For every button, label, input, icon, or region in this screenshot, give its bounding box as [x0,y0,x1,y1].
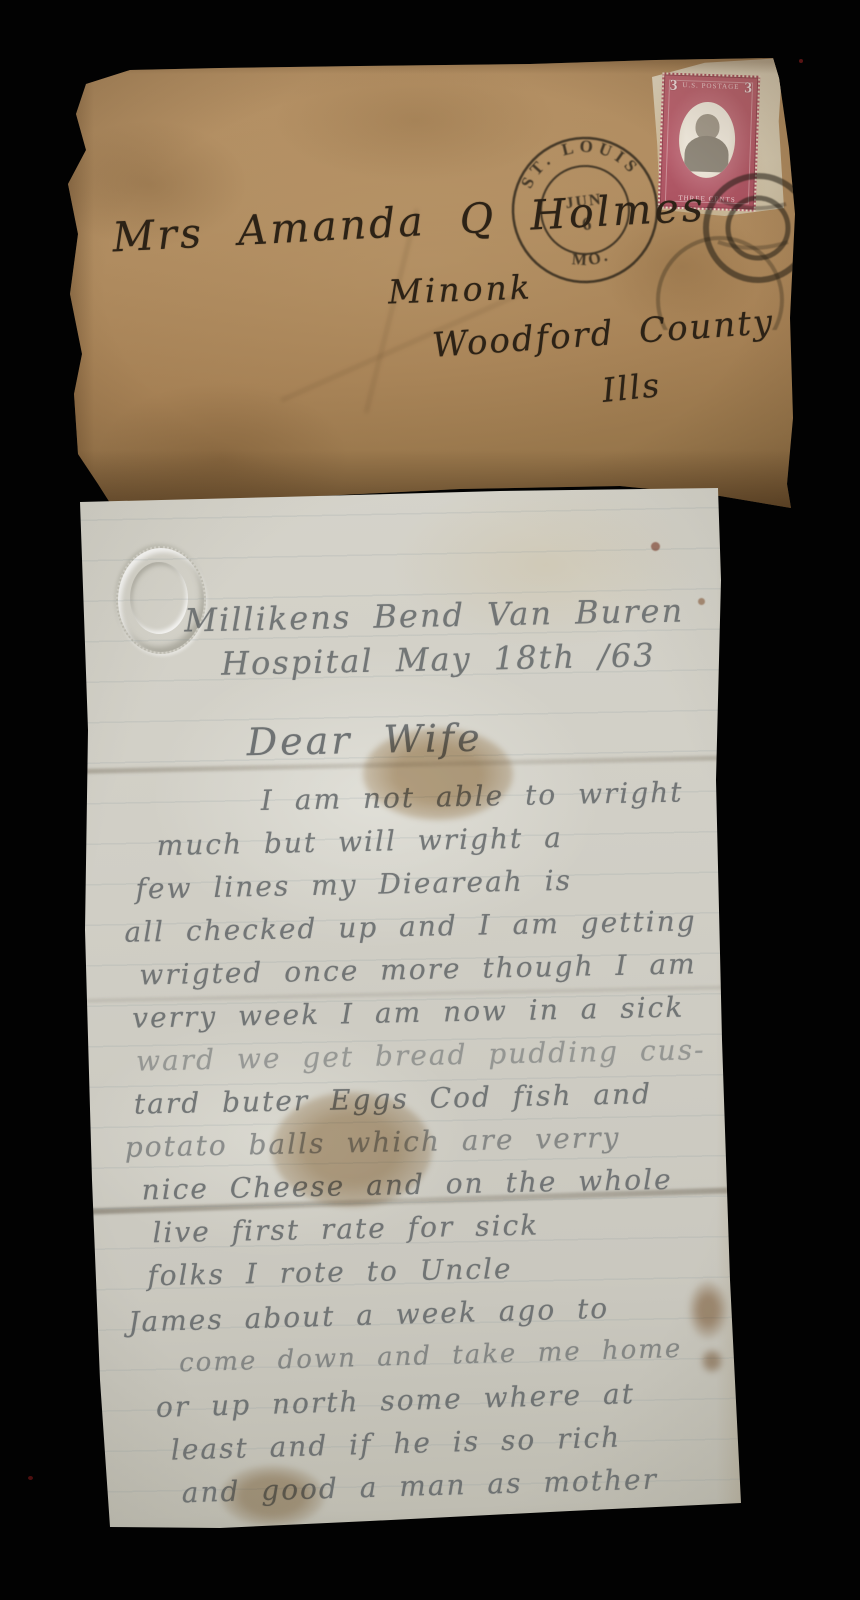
stamp-bottom-label: THREE CENTS [660,193,754,204]
paper-stain [651,542,660,551]
envelope: U.S. POSTAGE 3 3 THREE CENTS ST [60,56,800,514]
stamp-denomination: 3 [670,78,678,95]
postmark-city: ST. LOUIS [512,129,645,193]
letter-salutation: Dear Wife [246,705,755,769]
letter-text-block: Millikens Bend Van Buren Hospital May 18… [69,467,770,1550]
envelope-crease [365,209,419,413]
letter-page: Millikens Bend Van Buren Hospital May 18… [70,480,750,1540]
postmark: ST. LOUIS MO. JUN 6 [487,112,683,308]
letter-line: least and if he is so rich [170,1411,769,1471]
stamp-top-label: U.S. POSTAGE [664,80,758,91]
washington-portrait-head [695,114,720,141]
address-town: Minonk [387,267,533,311]
letter-line: ward we get bread pudding cus- [136,1027,762,1083]
stamp-backing-paper [652,58,784,216]
paper-stain [698,598,705,605]
address-recipient-name: Mrs Amanda Q Holmes [111,182,707,261]
postmark-month: JUN [565,191,604,212]
paper-stain [363,728,513,820]
paper-stain [220,1465,325,1527]
paper-stain [272,1092,432,1207]
letter-line: come down and take me home [179,1325,768,1385]
address-county: Woodford County [431,302,775,366]
letter-line: tard buter Eggs Cod fish and [133,1070,762,1126]
letter-heading-date: Hospital May 18th /63 [221,631,754,686]
letter-heading-place: Millikens Bend Van Buren [184,587,753,642]
letter-line: verry week I am now in a sick [132,984,761,1040]
letter-line: and good a man as mother [181,1454,770,1514]
svg-text:MO.: MO. [569,246,613,271]
letter-line: potato balls which are verry [124,1113,763,1169]
paper-stain [700,1348,724,1374]
address-state: Ills [600,365,663,410]
stamp-frame [665,80,753,205]
washington-portrait-shoulders [684,135,729,173]
fold-crease [70,985,750,1003]
postmark-day: 6 [581,213,592,234]
svg-text:ST. LOUIS: ST. LOUIS [512,129,645,193]
fold-crease [70,755,750,774]
letter-line: all checked up and I am getting [124,898,759,954]
letter-line: much but will wright a [156,812,757,867]
stamp-denomination: 3 [744,80,752,97]
postmark-state: MO. [569,246,613,271]
letter-line: folks I rote to Uncle [147,1242,766,1297]
paper-stain [688,1280,728,1340]
photo-black-background: { "envelope": { "paper_color": "#ac8a5f"… [0,0,860,1600]
letter-line: wrigted once more though I am [139,941,760,996]
letter-line: James about a week ago to [128,1282,767,1343]
letter-line: or up north some where at [155,1368,768,1429]
cancellation-mark [600,110,820,330]
background-speck [799,59,803,63]
letter-line: live first rate for sick [152,1199,765,1254]
background-speck [28,1476,33,1480]
letter-body: I am not able to wright much but will wr… [75,769,770,1514]
stamp-portrait-oval [678,101,737,179]
postage-stamp: U.S. POSTAGE 3 3 THREE CENTS [658,72,761,211]
letter-line: few lines my Dieareah is [135,855,758,910]
letter-line: I am not able to wright [260,769,756,822]
fold-crease [70,1187,750,1216]
embossed-seal-inner-ring [130,562,188,634]
embossed-paper-seal [116,546,206,654]
letter-line: nice Cheese and on the whole [141,1156,764,1211]
envelope-crease [281,293,520,401]
